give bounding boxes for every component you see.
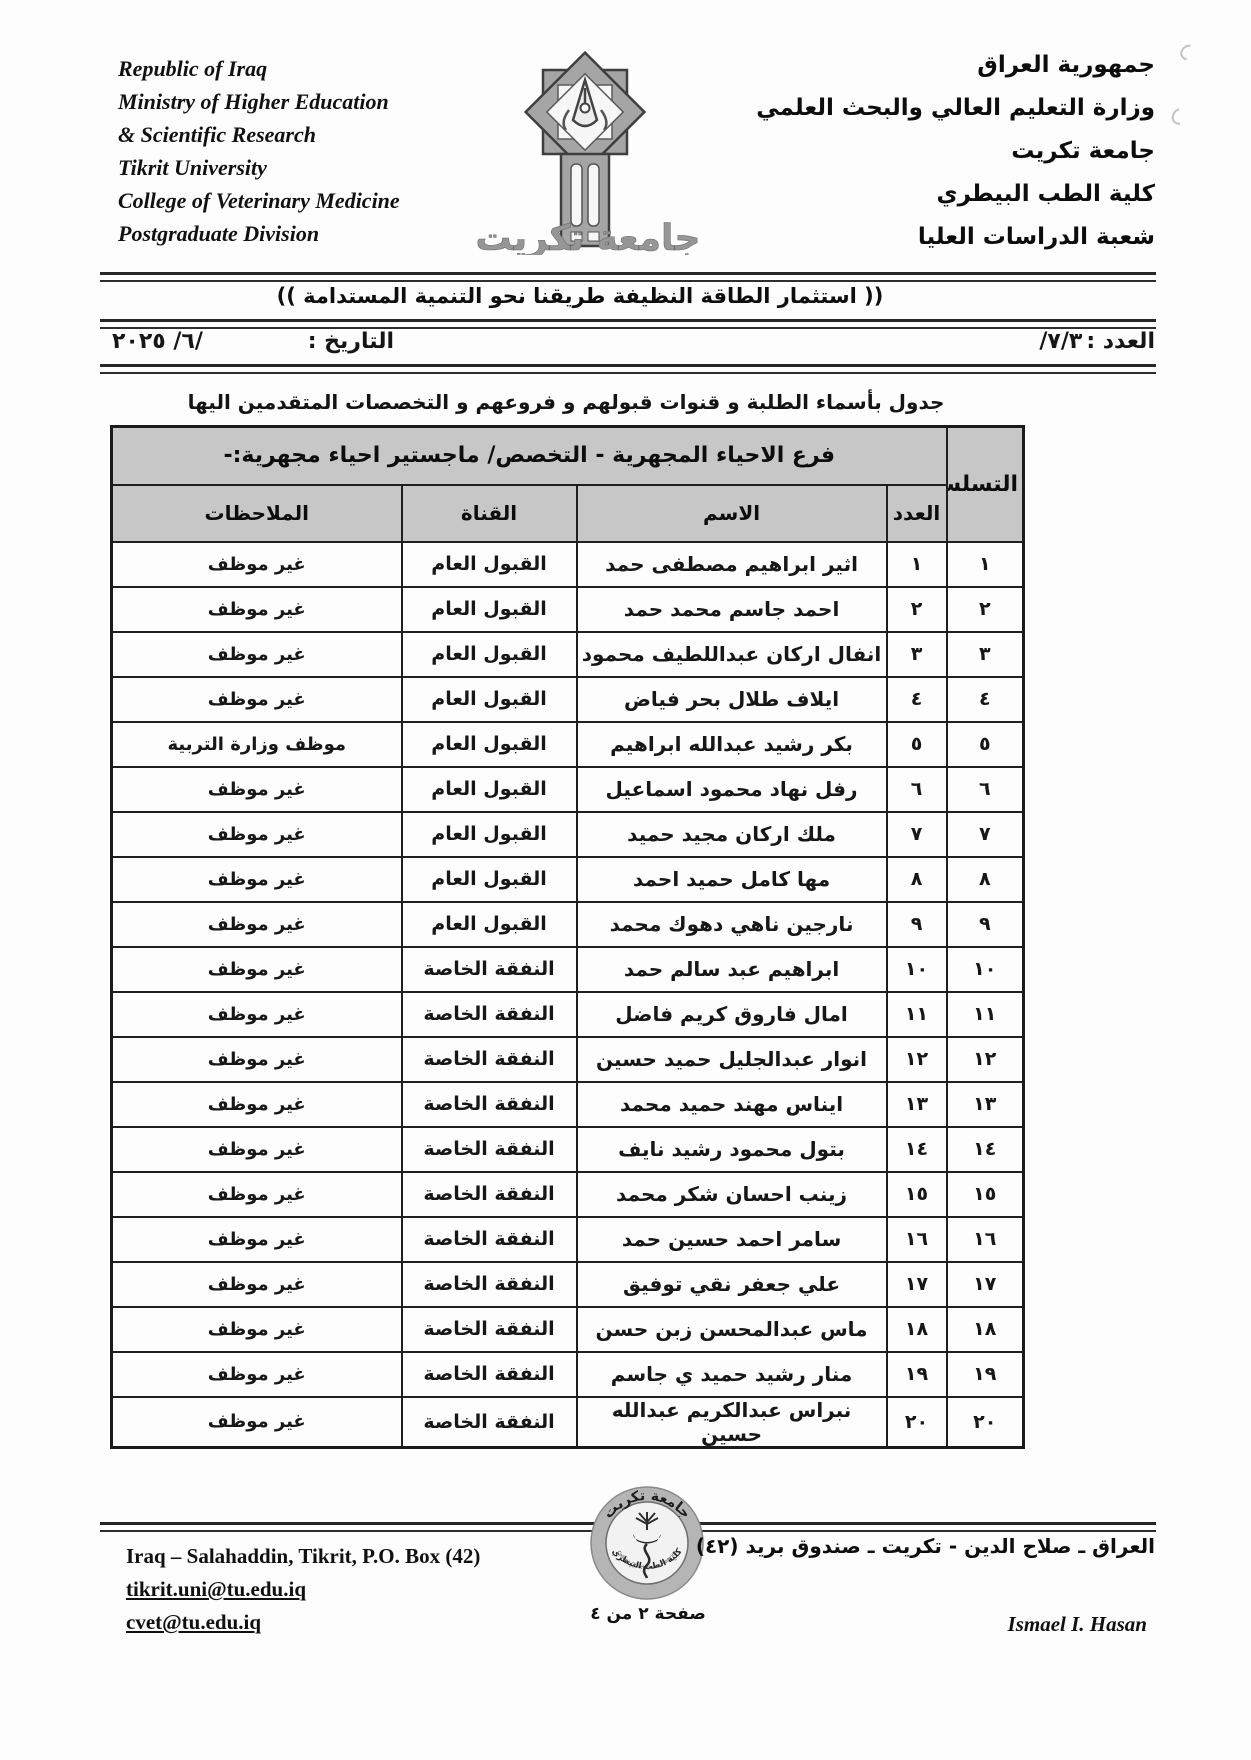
letterhead-en-line: College of Veterinary Medicine xyxy=(118,184,400,217)
scan-pen-mark xyxy=(1168,105,1190,128)
cell-notes: غير موظف xyxy=(112,1352,402,1397)
cell-channel: القبول العام xyxy=(402,542,577,587)
cell-name: زينب احسان شكر محمد xyxy=(577,1172,887,1217)
cell-count: ١٥ xyxy=(887,1172,947,1217)
footer-address-arabic: العراق ـ صلاح الدين - تكريت ـ صندوق بريد… xyxy=(696,1534,1155,1558)
student-table-row: ٤٤ايلاف طلال بحر فياضالقبول العامغير موظ… xyxy=(112,677,1024,722)
letterhead-en-line: Tikrit University xyxy=(118,151,400,184)
cell-notes: غير موظف xyxy=(112,1127,402,1172)
students-table-body: ١١اثير ابراهيم مصطفى حمدالقبول العامغير … xyxy=(112,542,1024,1448)
letterhead-en-line: Republic of Iraq xyxy=(118,52,400,85)
letterhead-en-line: Postgraduate Division xyxy=(118,217,400,250)
cell-serial: ٢٠ xyxy=(947,1397,1024,1448)
student-table-row: ١٣١٣ايناس مهند حميد محمدالنفقة الخاصةغير… xyxy=(112,1082,1024,1127)
reference-number: العدد : ٧/٣/ xyxy=(1039,329,1155,354)
student-table-row: ١٦١٦سامر احمد حسين حمدالنفقة الخاصةغير م… xyxy=(112,1217,1024,1262)
cell-notes: غير موظف xyxy=(112,857,402,902)
cell-channel: النفقة الخاصة xyxy=(402,992,577,1037)
logo-wordmark: جامعة تكريت xyxy=(476,218,701,255)
cell-notes: غير موظف xyxy=(112,677,402,722)
student-table-row: ١٩١٩منار رشيد حميد ي جاسمالنفقة الخاصةغي… xyxy=(112,1352,1024,1397)
cell-serial: ٦ xyxy=(947,767,1024,812)
cell-count: ٣ xyxy=(887,632,947,677)
cell-serial: ١٤ xyxy=(947,1127,1024,1172)
cell-serial: ١٥ xyxy=(947,1172,1024,1217)
cell-channel: القبول العام xyxy=(402,857,577,902)
reference-date-value: /٦/ ٢٠٢٥ xyxy=(112,329,203,354)
letterhead-ar-line: جمهورية العراق xyxy=(756,44,1155,87)
cell-serial: ٩ xyxy=(947,902,1024,947)
cell-name: اثير ابراهيم مصطفى حمد xyxy=(577,542,887,587)
column-header-channel: القناة xyxy=(402,485,577,542)
cell-name: ايلاف طلال بحر فياض xyxy=(577,677,887,722)
cell-name: احمد جاسم محمد حمد xyxy=(577,587,887,632)
cell-channel: القبول العام xyxy=(402,587,577,632)
cell-serial: ١١ xyxy=(947,992,1024,1037)
student-table-row: ٢٠٢٠نبراس عبدالكريم عبدالله حسينالنفقة ا… xyxy=(112,1397,1024,1448)
cell-serial: ١٢ xyxy=(947,1037,1024,1082)
cell-serial: ١٨ xyxy=(947,1307,1024,1352)
footer-contact-english: Iraq – Salahaddin, Tikrit, P.O. Box (42)… xyxy=(126,1540,480,1639)
cell-notes: غير موظف xyxy=(112,767,402,812)
cell-channel: القبول العام xyxy=(402,677,577,722)
student-table-row: ٥٥بكر رشيد عبدالله ابراهيمالقبول العاممو… xyxy=(112,722,1024,767)
cell-notes: غير موظف xyxy=(112,902,402,947)
university-logo-icon: جامعة تكريت xyxy=(470,50,710,255)
cell-channel: النفقة الخاصة xyxy=(402,1307,577,1352)
cell-serial: ٢ xyxy=(947,587,1024,632)
cell-notes: غير موظف xyxy=(112,587,402,632)
cell-channel: القبول العام xyxy=(402,767,577,812)
student-table-row: ٧٧ملك اركان مجيد حميدالقبول العامغير موظ… xyxy=(112,812,1024,857)
horizontal-divider xyxy=(100,364,1156,374)
cell-serial: ١٠ xyxy=(947,947,1024,992)
cell-count: ٥ xyxy=(887,722,947,767)
cell-channel: القبول العام xyxy=(402,812,577,857)
cell-notes: غير موظف xyxy=(112,1037,402,1082)
signature-name: Ismael I. Hasan xyxy=(1008,1612,1147,1637)
reference-number-label: العدد : xyxy=(1086,329,1155,354)
cell-count: ٤ xyxy=(887,677,947,722)
student-table-row: ٣٣انفال اركان عبداللطيف محمودالقبول العا… xyxy=(112,632,1024,677)
cell-count: ١٨ xyxy=(887,1307,947,1352)
cell-channel: القبول العام xyxy=(402,902,577,947)
cell-count: ١٠ xyxy=(887,947,947,992)
reference-date-label: التاريخ : xyxy=(308,329,394,354)
cell-name: رفل نهاد محمود اسماعيل xyxy=(577,767,887,812)
cell-name: بتول محمود رشيد نايف xyxy=(577,1127,887,1172)
cell-notes: غير موظف xyxy=(112,1262,402,1307)
cell-name: منار رشيد حميد ي جاسم xyxy=(577,1352,887,1397)
cell-name: مها كامل حميد احمد xyxy=(577,857,887,902)
footer-address-english: Iraq – Salahaddin, Tikrit, P.O. Box (42) xyxy=(126,1540,480,1573)
student-table-row: ١٥١٥زينب احسان شكر محمدالنفقة الخاصةغير … xyxy=(112,1172,1024,1217)
cell-count: ١٤ xyxy=(887,1127,947,1172)
column-header-count: العدد xyxy=(887,485,947,542)
student-table-row: ٦٦رفل نهاد محمود اسماعيلالقبول العامغير … xyxy=(112,767,1024,812)
cell-notes: غير موظف xyxy=(112,1082,402,1127)
letterhead-ar-line: شعبة الدراسات العليا xyxy=(756,216,1155,259)
page-number-indicator: صفحة ٢ من ٤ xyxy=(548,1604,748,1624)
cell-name: سامر احمد حسين حمد xyxy=(577,1217,887,1262)
student-table-row: ٩٩نارجين ناهي دهوك محمدالقبول العامغير م… xyxy=(112,902,1024,947)
cell-notes: غير موظف xyxy=(112,1307,402,1352)
footer-email-secondary: cvet@tu.edu.iq xyxy=(126,1606,480,1639)
cell-channel: النفقة الخاصة xyxy=(402,1082,577,1127)
cell-notes: غير موظف xyxy=(112,992,402,1037)
scan-pen-mark xyxy=(1177,41,1200,63)
cell-channel: النفقة الخاصة xyxy=(402,1172,577,1217)
cell-serial: ١٣ xyxy=(947,1082,1024,1127)
cell-name: ملك اركان مجيد حميد xyxy=(577,812,887,857)
cell-channel: القبول العام xyxy=(402,632,577,677)
column-header-name: الاسم xyxy=(577,485,887,542)
cell-name: بكر رشيد عبدالله ابراهيم xyxy=(577,722,887,767)
letterhead-ar-line: جامعة تكريت xyxy=(756,130,1155,173)
cell-count: ٩ xyxy=(887,902,947,947)
document-slogan: (( استثمار الطاقة النظيفة طريقنا نحو الت… xyxy=(100,284,1060,308)
student-table-row: ١١اثير ابراهيم مصطفى حمدالقبول العامغير … xyxy=(112,542,1024,587)
cell-notes: غير موظف xyxy=(112,542,402,587)
horizontal-divider xyxy=(100,319,1156,329)
cell-name: انوار عبدالجليل حميد حسين xyxy=(577,1037,887,1082)
cell-channel: النفقة الخاصة xyxy=(402,1397,577,1448)
cell-count: ١٣ xyxy=(887,1082,947,1127)
cell-serial: ٣ xyxy=(947,632,1024,677)
cell-notes: غير موظف xyxy=(112,1397,402,1448)
letterhead-en-line: & Scientific Research xyxy=(118,118,400,151)
cell-channel: القبول العام xyxy=(402,722,577,767)
letterhead-en-line: Ministry of Higher Education xyxy=(118,85,400,118)
cell-name: نارجين ناهي دهوك محمد xyxy=(577,902,887,947)
cell-count: ١١ xyxy=(887,992,947,1037)
cell-channel: النفقة الخاصة xyxy=(402,1127,577,1172)
cell-count: ١ xyxy=(887,542,947,587)
cell-serial: ١٩ xyxy=(947,1352,1024,1397)
cell-count: ٢ xyxy=(887,587,947,632)
cell-channel: النفقة الخاصة xyxy=(402,1352,577,1397)
cell-name: علي جعفر نقي توفيق xyxy=(577,1262,887,1307)
cell-notes: غير موظف xyxy=(112,1172,402,1217)
cell-count: ٨ xyxy=(887,857,947,902)
cell-serial: ٨ xyxy=(947,857,1024,902)
cell-count: ٧ xyxy=(887,812,947,857)
cell-notes: غير موظف xyxy=(112,947,402,992)
reference-number-value: ٧/٣/ xyxy=(1039,329,1082,354)
cell-count: ٢٠ xyxy=(887,1397,947,1448)
cell-serial: ١٧ xyxy=(947,1262,1024,1307)
horizontal-divider xyxy=(100,272,1156,282)
table-group-header: فرع الاحياء المجهرية - التخصص/ ماجستير ا… xyxy=(112,427,947,485)
cell-serial: ٥ xyxy=(947,722,1024,767)
cell-notes: موظف وزارة التربية xyxy=(112,722,402,767)
letterhead-english: Republic of Iraq Ministry of Higher Educ… xyxy=(118,52,400,250)
cell-serial: ٤ xyxy=(947,677,1024,722)
letterhead-arabic: جمهورية العراق وزارة التعليم العالي والب… xyxy=(756,44,1155,259)
student-table-row: ١١١١امال فاروق كريم فاضلالنفقة الخاصةغير… xyxy=(112,992,1024,1037)
cell-name: انفال اركان عبداللطيف محمود xyxy=(577,632,887,677)
student-table-row: ١٤١٤بتول محمود رشيد نايفالنفقة الخاصةغير… xyxy=(112,1127,1024,1172)
letterhead-ar-line: وزارة التعليم العالي والبحث العلمي xyxy=(756,87,1155,130)
reference-date: التاريخ : /٦/ ٢٠٢٥ xyxy=(112,329,394,354)
student-table-row: ١٢١٢انوار عبدالجليل حميد حسينالنفقة الخا… xyxy=(112,1037,1024,1082)
table-title: جدول بأسماء الطلبة و قنوات قبولهم و فروع… xyxy=(110,390,1022,414)
footer-email-primary: tikrit.uni@tu.edu.iq xyxy=(126,1573,480,1606)
student-table-row: ٨٨مها كامل حميد احمدالقبول العامغير موظف xyxy=(112,857,1024,902)
cell-serial: ١ xyxy=(947,542,1024,587)
letterhead-ar-line: كلية الطب البيطري xyxy=(756,173,1155,216)
column-header-notes: الملاحظات xyxy=(112,485,402,542)
column-header-serial: التسلسل xyxy=(947,427,1024,542)
cell-notes: غير موظف xyxy=(112,1217,402,1262)
cell-count: ٦ xyxy=(887,767,947,812)
cell-notes: غير موظف xyxy=(112,812,402,857)
cell-count: ١٢ xyxy=(887,1037,947,1082)
cell-channel: النفقة الخاصة xyxy=(402,1262,577,1307)
student-table-row: ١٧١٧علي جعفر نقي توفيقالنفقة الخاصةغير م… xyxy=(112,1262,1024,1307)
cell-name: ايناس مهند حميد محمد xyxy=(577,1082,887,1127)
cell-channel: النفقة الخاصة xyxy=(402,947,577,992)
cell-serial: ١٦ xyxy=(947,1217,1024,1262)
cell-count: ١٧ xyxy=(887,1262,947,1307)
cell-name: ابراهيم عبد سالم حمد xyxy=(577,947,887,992)
cell-name: نبراس عبدالكريم عبدالله حسين xyxy=(577,1397,887,1448)
cell-channel: النفقة الخاصة xyxy=(402,1037,577,1082)
student-table-row: ٢٢احمد جاسم محمد حمدالقبول العامغير موظف xyxy=(112,587,1024,632)
cell-count: ١٦ xyxy=(887,1217,947,1262)
cell-notes: غير موظف xyxy=(112,632,402,677)
scanned-document-page: Republic of Iraq Ministry of Higher Educ… xyxy=(0,0,1251,1760)
cell-name: ماس عبدالمحسن زبن حسن xyxy=(577,1307,887,1352)
college-seal-icon: جامعة تكريت كلية الطب البيطري College Of… xyxy=(588,1486,706,1604)
cell-channel: النفقة الخاصة xyxy=(402,1217,577,1262)
cell-count: ١٩ xyxy=(887,1352,947,1397)
student-table-row: ١٠١٠ابراهيم عبد سالم حمدالنفقة الخاصةغير… xyxy=(112,947,1024,992)
cell-name: امال فاروق كريم فاضل xyxy=(577,992,887,1037)
students-table: التسلسل فرع الاحياء المجهرية - التخصص/ م… xyxy=(110,425,1025,1449)
cell-serial: ٧ xyxy=(947,812,1024,857)
student-table-row: ١٨١٨ماس عبدالمحسن زبن حسنالنفقة الخاصةغي… xyxy=(112,1307,1024,1352)
